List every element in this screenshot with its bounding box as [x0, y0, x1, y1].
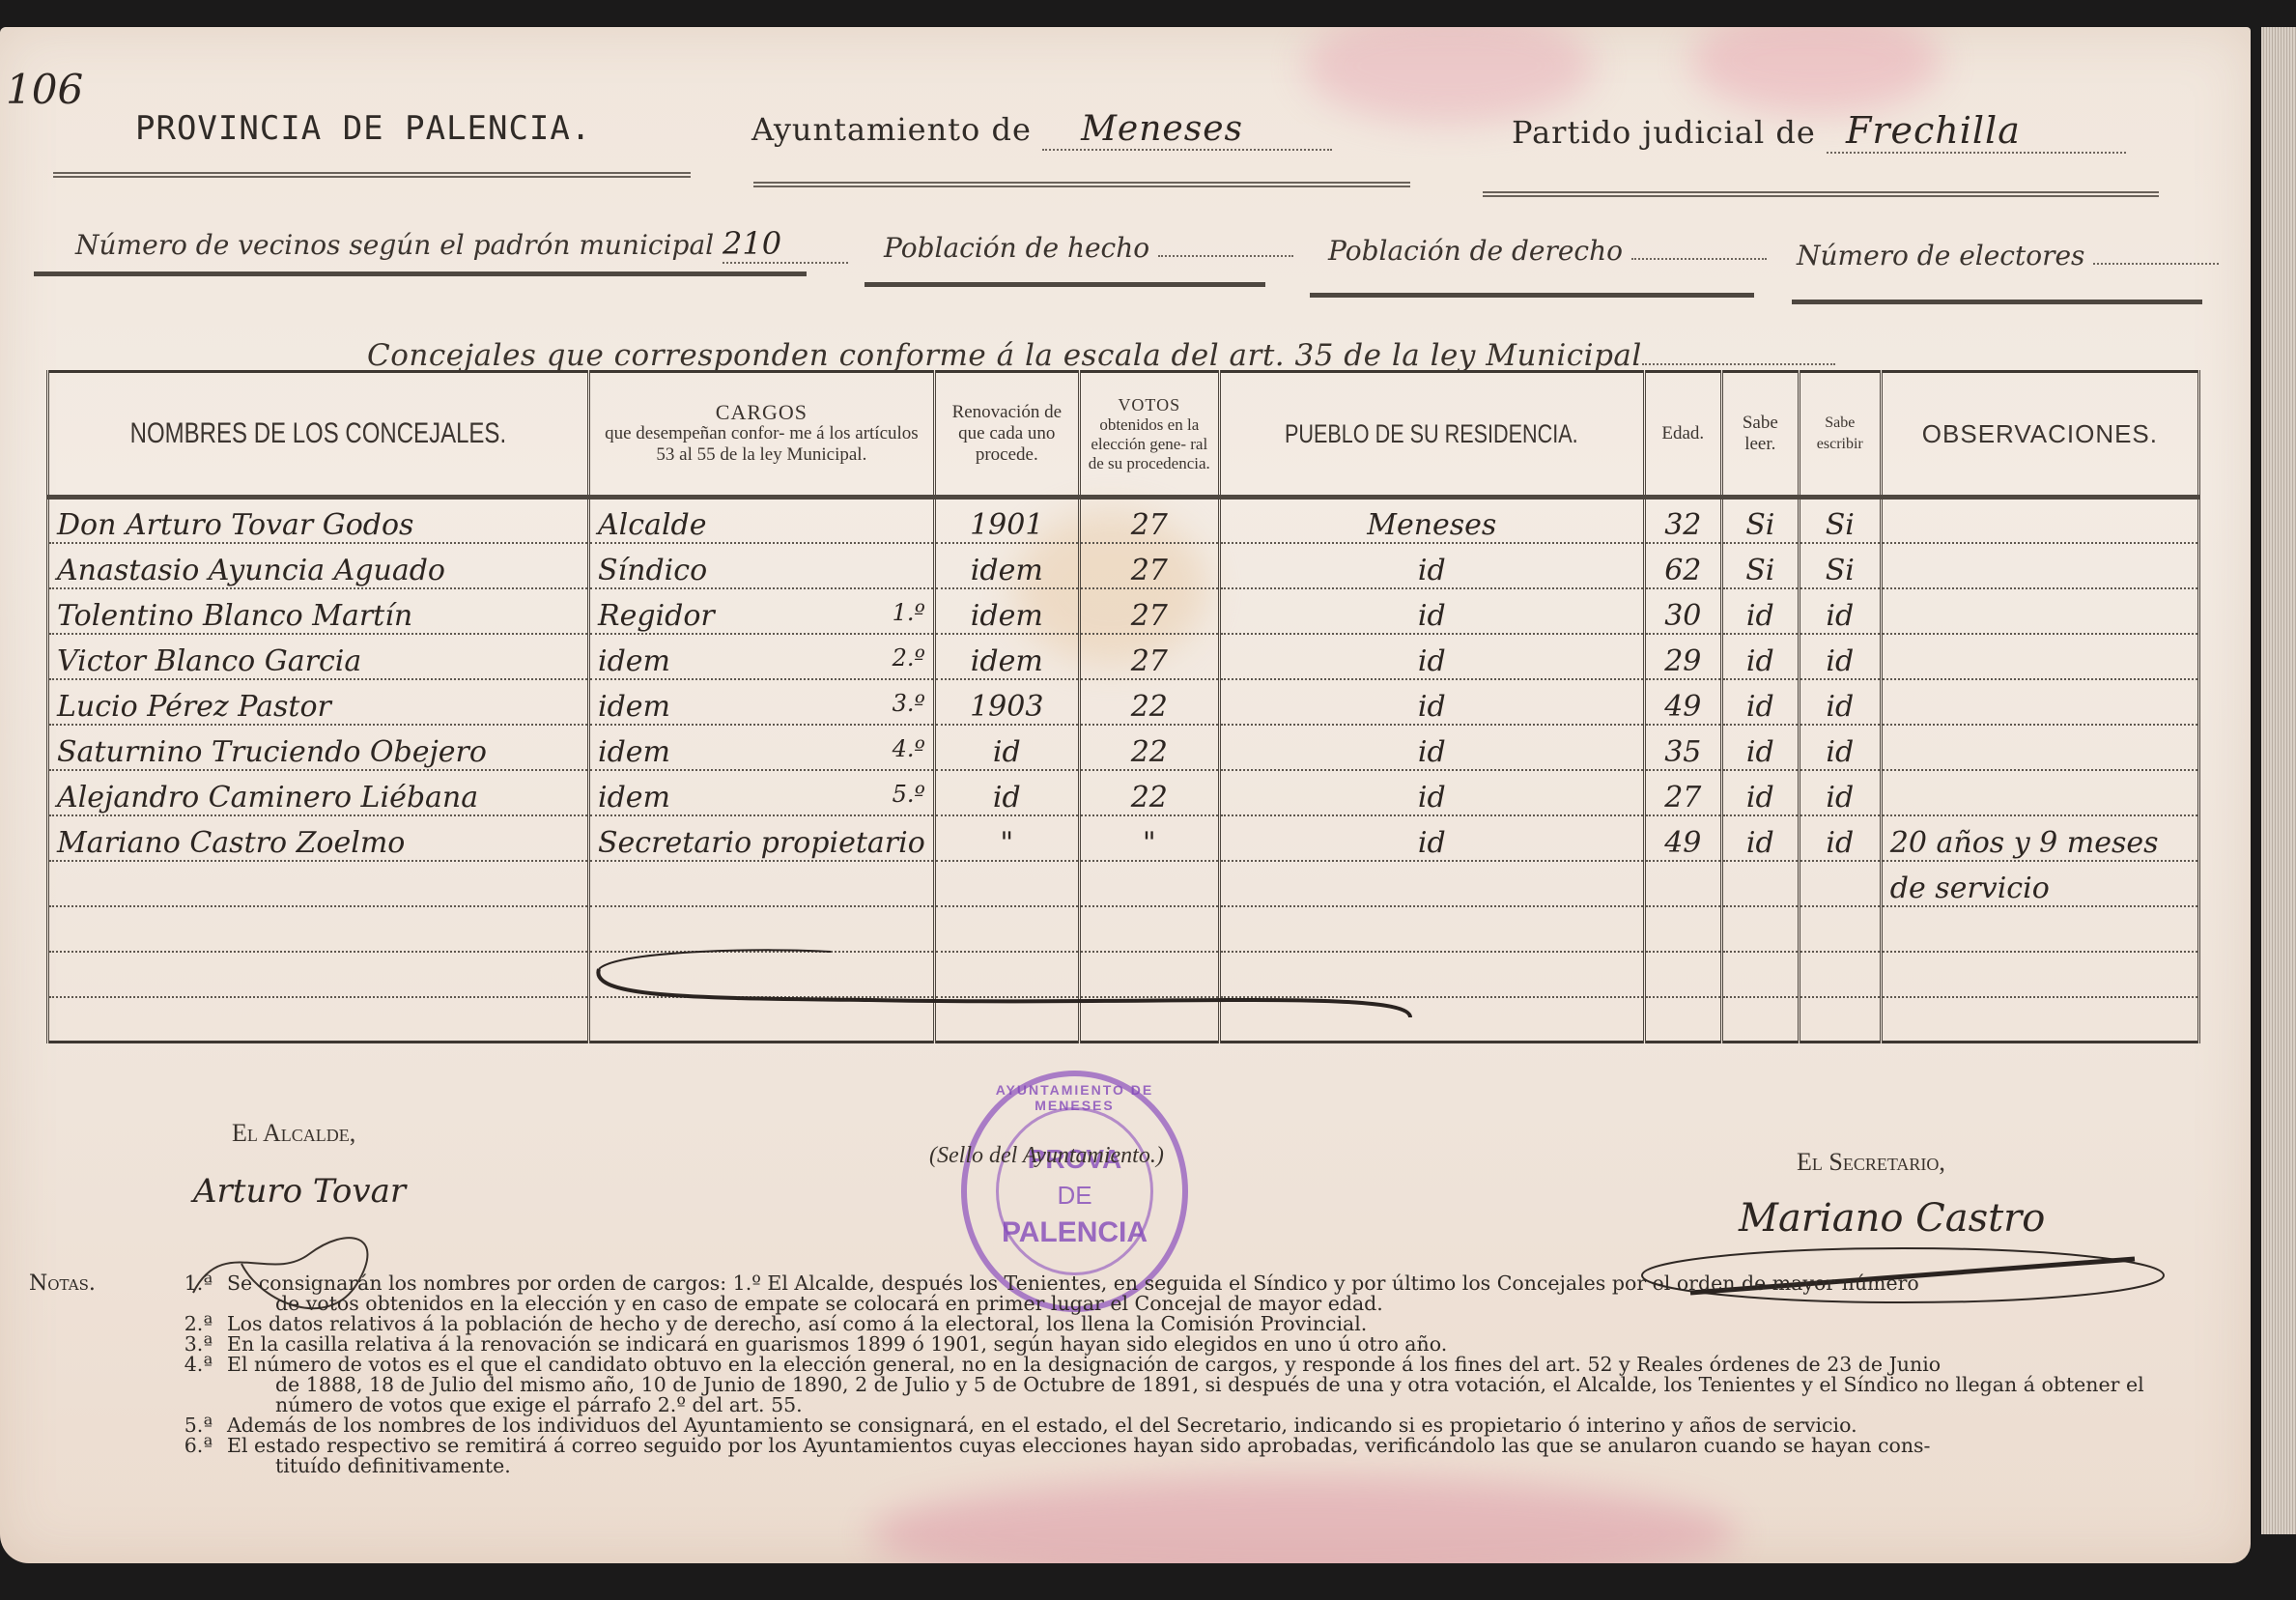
sabe-leer-cell: Si	[1721, 498, 1799, 543]
observaciones-cell	[1881, 952, 2198, 997]
votos-cell: 27	[1079, 634, 1219, 679]
cargo-cell: idem4.º	[589, 725, 935, 770]
col-cargos: CARGOS que desempeñan confor- me á los a…	[589, 372, 935, 498]
concejales-text: Concejales que corresponden conforme á l…	[367, 338, 1642, 373]
renovacion-cell: id	[934, 725, 1079, 770]
alcalde-signature: Arturo Tovar	[193, 1172, 406, 1211]
edad-cell: 49	[1644, 679, 1721, 725]
document-page: 106 PROVINCIA DE PALENCIA. Ayuntamiento …	[0, 27, 2251, 1563]
sabe-leer-cell: id	[1721, 634, 1799, 679]
observaciones-cell	[1881, 634, 2198, 679]
votos-cell: 27	[1079, 588, 1219, 634]
renovacion-cell: idem	[934, 634, 1079, 679]
provincia-title: PROVINCIA DE PALENCIA.	[135, 109, 591, 148]
concejales-line: Concejales que corresponden conforme á l…	[367, 338, 1835, 373]
sabe-leer-cell: id	[1721, 679, 1799, 725]
stain	[1690, 27, 1942, 114]
secretario-label: El Secretario,	[1797, 1148, 1945, 1177]
sabe-leer-cell	[1721, 997, 1799, 1043]
sabe-leer-cell: id	[1721, 815, 1799, 861]
observaciones-cell	[1881, 679, 2198, 725]
name-cell	[48, 906, 589, 952]
nota-number: 3.ª	[145, 1334, 213, 1355]
name-cell: Anastasio Ayuncia Aguado	[48, 543, 589, 588]
partido-field: Partido judicial de Frechilla	[1512, 109, 2126, 154]
edad-cell: 29	[1644, 634, 1721, 679]
sabe-leer-cell: id	[1721, 770, 1799, 815]
col-renovacion: Renovación de que cada uno procede.	[934, 372, 1079, 498]
renovacion-cell: id	[934, 770, 1079, 815]
ayuntamiento-value: Meneses	[1042, 109, 1332, 151]
renovacion-cell: idem	[934, 588, 1079, 634]
edad-cell	[1644, 952, 1721, 997]
col-votos: VOTOS obtenidos en la elección gene- ral…	[1079, 372, 1219, 498]
nota-number: 2.ª	[145, 1314, 213, 1334]
nota-continuation: de 1888, 18 de Julio del mismo año, 10 d…	[227, 1375, 2202, 1415]
closing-line-icon	[580, 930, 1430, 1037]
name-cell	[48, 861, 589, 906]
observaciones-cell	[1881, 906, 2198, 952]
divider	[53, 172, 691, 178]
alcalde-label: El Alcalde,	[232, 1119, 355, 1148]
table-row: Anastasio Ayuncia AguadoSíndicoidem27id6…	[48, 543, 2199, 588]
edad-cell: 32	[1644, 498, 1721, 543]
cargo-order: 1.º	[893, 599, 925, 626]
votos-cell	[1079, 861, 1219, 906]
table-row: Alejandro Caminero Liébanaidem5.ºid22id2…	[48, 770, 2199, 815]
sabe-leer-cell: id	[1721, 588, 1799, 634]
ayuntamiento-field: Ayuntamiento de Meneses	[751, 109, 1332, 151]
pueblo-cell: id	[1219, 588, 1644, 634]
pueblo-cell: id	[1219, 634, 1644, 679]
divider	[865, 282, 1265, 287]
cargo-cell: idem2.º	[589, 634, 935, 679]
pueblo-cell: id	[1219, 543, 1644, 588]
edad-cell: 35	[1644, 725, 1721, 770]
pueblo-cell: id	[1219, 815, 1644, 861]
stamp-line3: PALENCIA	[967, 1216, 1182, 1249]
electores-label: Número de electores	[1797, 240, 2084, 271]
pueblo-cell: id	[1219, 770, 1644, 815]
edad-cell: 27	[1644, 770, 1721, 815]
renovacion-cell	[934, 861, 1079, 906]
observaciones-cell	[1881, 997, 2198, 1043]
table-row: Tolentino Blanco MartínRegidor1.ºidem27i…	[48, 588, 2199, 634]
sabe-escribir-cell: Si	[1799, 498, 1881, 543]
sabe-escribir-cell: id	[1799, 679, 1881, 725]
edad-cell: 30	[1644, 588, 1721, 634]
observaciones-cell: de servicio	[1881, 861, 2198, 906]
votos-cell: 22	[1079, 770, 1219, 815]
sabe-leer-cell: Si	[1721, 543, 1799, 588]
nota-number: 6.ª	[145, 1436, 213, 1456]
sabe-escribir-cell: id	[1799, 634, 1881, 679]
sabe-escribir-cell: id	[1799, 725, 1881, 770]
cargo-cell: Alcalde	[589, 498, 935, 543]
table-row: Saturnino Truciendo Obejeroidem4.ºid22id…	[48, 725, 2199, 770]
nota-item: 3.ªEn la casilla relativa á la renovació…	[19, 1334, 2202, 1355]
partido-label: Partido judicial de	[1512, 114, 1816, 151]
col-pueblo: PUEBLO DE SU RESIDENCIA.	[1219, 372, 1644, 498]
nota-item: 5.ªAdemás de los nombres de los individu…	[19, 1415, 2202, 1436]
votos-cell: 22	[1079, 725, 1219, 770]
name-cell	[48, 997, 589, 1043]
nota-continuation: tituído definitivamente.	[227, 1456, 2202, 1476]
cargo-order: 3.º	[893, 690, 925, 717]
nota-number: 1.ª	[145, 1273, 213, 1294]
name-cell	[48, 952, 589, 997]
col-edad: Edad.	[1644, 372, 1721, 498]
stamp-ring-text: AYUNTAMIENTO DE MENESES	[967, 1082, 1182, 1113]
sabe-leer-cell	[1721, 952, 1799, 997]
cargo-cell	[589, 861, 935, 906]
edad-cell: 49	[1644, 815, 1721, 861]
pueblo-cell: id	[1219, 679, 1644, 725]
stamp-line2: DE	[967, 1181, 1182, 1211]
cargo-cell: Regidor1.º	[589, 588, 935, 634]
divider	[1792, 300, 2202, 304]
nota-item: 6.ªEl estado respectivo se remitirá á co…	[19, 1436, 2202, 1476]
nota-item: 2.ªLos datos relativos á la población de…	[19, 1314, 2202, 1334]
table-row: Don Arturo Tovar GodosAlcalde190127Menes…	[48, 498, 2199, 543]
edad-cell: 62	[1644, 543, 1721, 588]
pueblo-cell	[1219, 861, 1644, 906]
sello-label: (Sello del Ayuntamiento.)	[929, 1143, 1164, 1169]
poblacion-derecho-label: Población de derecho	[1328, 235, 1623, 267]
nota-continuation: de votos obtenidos en la elección y en c…	[227, 1294, 2202, 1314]
pueblo-cell: Meneses	[1219, 498, 1644, 543]
observaciones-cell	[1881, 725, 2198, 770]
table-row: Lucio Pérez Pastoridem3.º190322id49idid	[48, 679, 2199, 725]
cargo-order: 2.º	[893, 644, 925, 671]
sabe-escribir-cell: id	[1799, 770, 1881, 815]
cargo-cell: Síndico	[589, 543, 935, 588]
name-cell: Tolentino Blanco Martín	[48, 588, 589, 634]
poblacion-hecho-value	[1158, 255, 1293, 257]
votos-cell: 27	[1079, 498, 1219, 543]
electores-field: Número de electores	[1797, 240, 2219, 271]
sabe-escribir-cell: Si	[1799, 543, 1881, 588]
divider	[1483, 191, 2159, 197]
nota-item: 1.ªSe consignarán los nombres por orden …	[19, 1273, 2202, 1314]
folio-number: 106	[6, 66, 83, 113]
table-header-row: NOMBRES DE LOS CONCEJALES. CARGOS que de…	[48, 372, 2199, 498]
cargo-order: 4.º	[893, 735, 925, 762]
observaciones-cell	[1881, 543, 2198, 588]
col-sabe-leer: Sabe leer.	[1721, 372, 1799, 498]
poblacion-hecho-label: Población de hecho	[884, 232, 1149, 264]
poblacion-derecho-field: Población de derecho	[1328, 235, 1767, 267]
name-cell: Lucio Pérez Pastor	[48, 679, 589, 725]
col-observaciones: OBSERVACIONES.	[1881, 372, 2198, 498]
renovacion-cell: 1903	[934, 679, 1079, 725]
name-cell: Alejandro Caminero Liébana	[48, 770, 589, 815]
cargo-cell: idem5.º	[589, 770, 935, 815]
divider	[34, 271, 807, 276]
vecinos-label: Número de vecinos según el padrón munici…	[75, 229, 714, 261]
observaciones-cell	[1881, 588, 2198, 634]
nota-item: 4.ªEl número de votos es el que el candi…	[19, 1355, 2202, 1415]
edad-cell	[1644, 861, 1721, 906]
name-cell: Saturnino Truciendo Obejero	[48, 725, 589, 770]
poblacion-hecho-field: Población de hecho	[884, 232, 1293, 264]
page-edge	[2261, 27, 2296, 1534]
electores-value	[2093, 263, 2219, 265]
observaciones-cell	[1881, 770, 2198, 815]
sabe-escribir-cell	[1799, 906, 1881, 952]
edad-cell	[1644, 997, 1721, 1043]
table-row: de servicio	[48, 861, 2199, 906]
name-cell: Victor Blanco Garcia	[48, 634, 589, 679]
sabe-leer-cell	[1721, 906, 1799, 952]
sabe-leer-cell	[1721, 861, 1799, 906]
sabe-escribir-cell	[1799, 861, 1881, 906]
divider	[753, 182, 1410, 187]
sabe-escribir-cell	[1799, 997, 1881, 1043]
vecinos-field: Número de vecinos según el padrón munici…	[75, 225, 848, 264]
table-row: Mariano Castro ZoelmoSecretario propieta…	[48, 815, 2199, 861]
nota-number: 5.ª	[145, 1415, 213, 1436]
sabe-escribir-cell: id	[1799, 588, 1881, 634]
cargo-order: 5.º	[893, 781, 925, 808]
sabe-leer-cell: id	[1721, 725, 1799, 770]
poblacion-derecho-value	[1631, 258, 1767, 260]
votos-cell: "	[1079, 815, 1219, 861]
pueblo-cell: id	[1219, 725, 1644, 770]
stain	[869, 1476, 1739, 1563]
sabe-escribir-cell	[1799, 952, 1881, 997]
cargo-cell: Secretario propietario	[589, 815, 935, 861]
name-cell: Mariano Castro Zoelmo	[48, 815, 589, 861]
sabe-escribir-cell: id	[1799, 815, 1881, 861]
votos-cell: 22	[1079, 679, 1219, 725]
renovacion-cell: 1901	[934, 498, 1079, 543]
col-sabe-escribir: Sabe escribir	[1799, 372, 1881, 498]
notas-section: Notas. 1.ªSe consignarán los nombres por…	[19, 1273, 2202, 1476]
col-nombres: NOMBRES DE LOS CONCEJALES.	[48, 372, 589, 498]
cargo-cell: idem3.º	[589, 679, 935, 725]
observaciones-cell: 20 años y 9 meses	[1881, 815, 2198, 861]
ayuntamiento-label: Ayuntamiento de	[751, 111, 1032, 148]
vecinos-value: 210	[723, 225, 848, 264]
renovacion-cell: idem	[934, 543, 1079, 588]
name-cell: Don Arturo Tovar Godos	[48, 498, 589, 543]
observaciones-cell	[1881, 498, 2198, 543]
edad-cell	[1644, 906, 1721, 952]
divider	[1310, 293, 1754, 298]
nota-number: 4.ª	[145, 1355, 213, 1375]
renovacion-cell: "	[934, 815, 1079, 861]
table-row: Victor Blanco Garciaidem2.ºidem27id29idi…	[48, 634, 2199, 679]
votos-cell: 27	[1079, 543, 1219, 588]
partido-value: Frechilla	[1827, 109, 2126, 154]
